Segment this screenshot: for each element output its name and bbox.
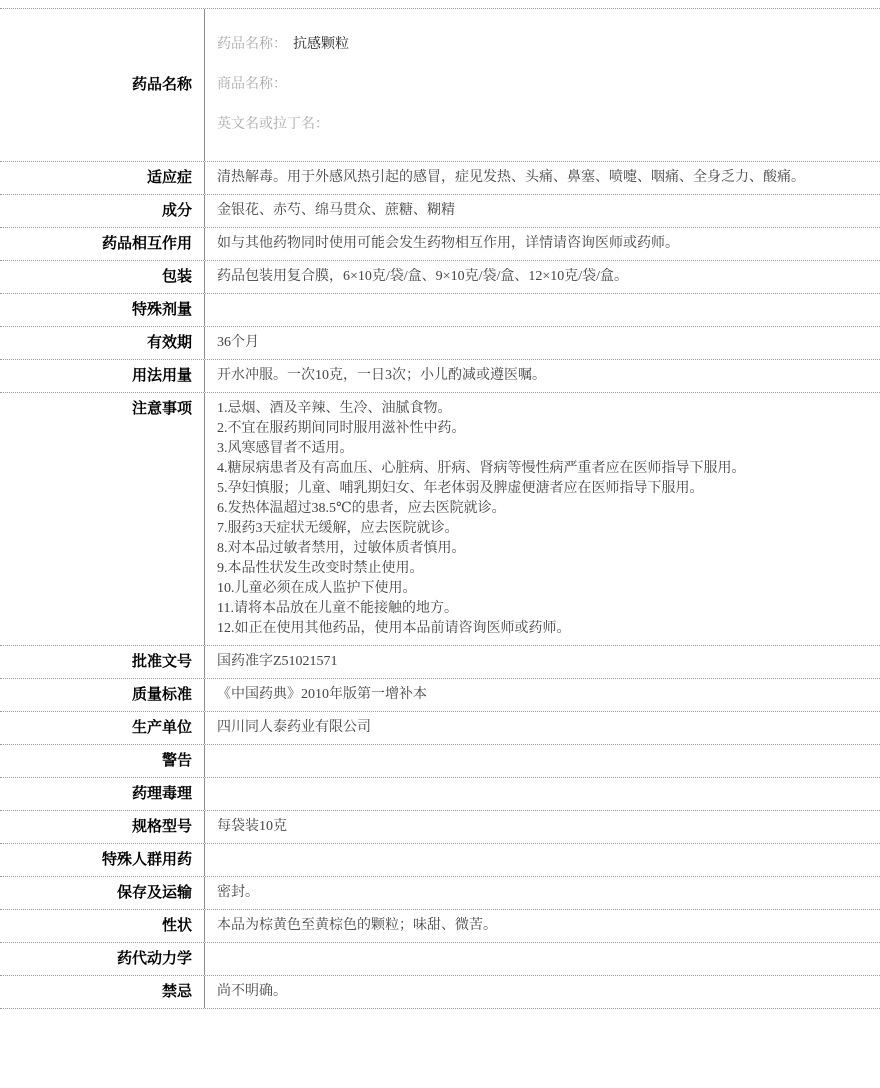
table-row-drug-interactions: 药品相互作用 如与其他药物同时使用可能会发生药物相互作用，详情请咨询医师或药师。	[0, 228, 880, 261]
row-label: 药品相互作用	[0, 228, 205, 260]
table-row-precautions: 注意事项 1.忌烟、酒及辛辣、生冷、油腻食物。 2.不宜在服药期间同时服用滋补性…	[0, 393, 880, 646]
english-name-line: 英文名或拉丁名：	[217, 115, 866, 135]
row-label: 生产单位	[0, 712, 205, 744]
table-row-quality-standard: 质量标准 《中国药典》2010年版第一增补本	[0, 679, 880, 712]
row-label: 药理毒理	[0, 778, 205, 810]
english-name-sublabel: 英文名或拉丁名：	[217, 117, 329, 132]
row-label: 质量标准	[0, 679, 205, 711]
table-row-special-dosage: 特殊剂量	[0, 294, 880, 327]
row-label: 注意事项	[0, 393, 205, 645]
row-label: 特殊人群用药	[0, 844, 205, 876]
row-label: 包装	[0, 261, 205, 293]
table-row-drug-name: 药品名称 药品名称：抗感颗粒 商品名称： 英文名或拉丁名：	[0, 9, 880, 162]
row-label: 成分	[0, 195, 205, 227]
row-label: 批准文号	[0, 646, 205, 678]
table-row-manufacturer: 生产单位 四川同人泰药业有限公司	[0, 712, 880, 745]
table-row-shelf-life: 有效期 36个月	[0, 327, 880, 360]
drug-name-value: 抗感颗粒	[293, 37, 349, 52]
row-value	[205, 745, 880, 777]
table-row-storage-transport: 保存及运输 密封。	[0, 877, 880, 910]
row-label: 用法用量	[0, 360, 205, 392]
row-value	[205, 294, 880, 326]
row-value: 《中国药典》2010年版第一增补本	[205, 679, 880, 711]
row-value	[205, 844, 880, 876]
row-value	[205, 943, 880, 975]
row-value: 开水冲服。一次10克，一日3次；小儿酌减或遵医嘱。	[205, 360, 880, 392]
table-row-indications: 适应症 清热解毒。用于外感风热引起的感冒，症见发热、头痛、鼻塞、喷嚏、咽痛、全身…	[0, 162, 880, 195]
table-row-dosage-administration: 用法用量 开水冲服。一次10克，一日3次；小儿酌减或遵医嘱。	[0, 360, 880, 393]
table-row-pharmacology-toxicology: 药理毒理	[0, 778, 880, 811]
row-value: 36个月	[205, 327, 880, 359]
row-value: 四川同人泰药业有限公司	[205, 712, 880, 744]
trade-name-sublabel: 商品名称：	[217, 77, 287, 92]
table-row-specification: 规格型号 每袋装10克	[0, 811, 880, 844]
row-value: 密封。	[205, 877, 880, 909]
table-row-ingredients: 成分 金银花、赤芍、绵马贯众、蔗糖、糊精	[0, 195, 880, 228]
drug-info-table: 药品名称 药品名称：抗感颗粒 商品名称： 英文名或拉丁名： 适应症 清热解毒。用…	[0, 8, 880, 1009]
row-value: 每袋装10克	[205, 811, 880, 843]
row-label: 性状	[0, 910, 205, 942]
table-row-description: 性状 本品为棕黄色至黄棕色的颗粒；味甜、微苦。	[0, 910, 880, 943]
row-label-drug-name: 药品名称	[0, 9, 205, 161]
row-value: 本品为棕黄色至黄棕色的颗粒；味甜、微苦。	[205, 910, 880, 942]
table-row-pharmacokinetics: 药代动力学	[0, 943, 880, 976]
drug-name-sublabel: 药品名称：	[217, 37, 287, 52]
row-value-drug-name: 药品名称：抗感颗粒 商品名称： 英文名或拉丁名：	[205, 9, 880, 161]
row-label: 药代动力学	[0, 943, 205, 975]
drug-name-line: 药品名称：抗感颗粒	[217, 35, 866, 55]
table-row-approval-number: 批准文号 国药准字Z51021571	[0, 646, 880, 679]
row-value: 金银花、赤芍、绵马贯众、蔗糖、糊精	[205, 195, 880, 227]
table-row-contraindications: 禁忌 尚不明确。	[0, 976, 880, 1009]
drug-info-page: 药品名称 药品名称：抗感颗粒 商品名称： 英文名或拉丁名： 适应症 清热解毒。用…	[0, 8, 880, 1088]
row-label: 禁忌	[0, 976, 205, 1008]
row-value: 如与其他药物同时使用可能会发生药物相互作用，详情请咨询医师或药师。	[205, 228, 880, 260]
row-value: 尚不明确。	[205, 976, 880, 1008]
row-label: 适应症	[0, 162, 205, 194]
table-row-special-populations: 特殊人群用药	[0, 844, 880, 877]
row-label: 特殊剂量	[0, 294, 205, 326]
table-row-warning: 警告	[0, 745, 880, 778]
row-value	[205, 778, 880, 810]
row-value: 药品包装用复合膜，6×10克/袋/盒、9×10克/袋/盒、12×10克/袋/盒。	[205, 261, 880, 293]
row-value: 清热解毒。用于外感风热引起的感冒，症见发热、头痛、鼻塞、喷嚏、咽痛、全身乏力、酸…	[205, 162, 880, 194]
row-label: 警告	[0, 745, 205, 777]
trade-name-line: 商品名称：	[217, 75, 866, 95]
row-value: 1.忌烟、酒及辛辣、生冷、油腻食物。 2.不宜在服药期间同时服用滋补性中药。 3…	[205, 393, 880, 645]
row-label: 有效期	[0, 327, 205, 359]
table-row-packaging: 包装 药品包装用复合膜，6×10克/袋/盒、9×10克/袋/盒、12×10克/袋…	[0, 261, 880, 294]
row-label: 保存及运输	[0, 877, 205, 909]
row-label: 规格型号	[0, 811, 205, 843]
row-value: 国药准字Z51021571	[205, 646, 880, 678]
